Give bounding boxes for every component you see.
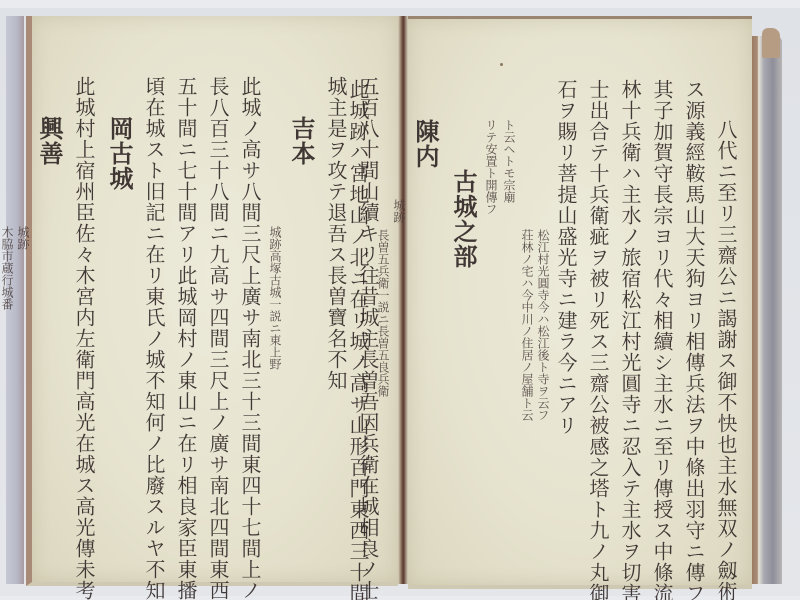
annotation-column: 城跡高塚古城一説ニ東上野 [268,76,282,552]
section-heading: 岡古城 [102,76,136,552]
paper-speck [500,63,503,66]
section-heading: 陳内 [408,79,442,555]
text-column: 士出合テ十兵衛疵ヲ被リ死ス三齋公被感之塔ト九ノ丸御庭橋 [584,79,612,555]
section-heading-old-castles: 古城之部 [446,79,480,555]
text-column: 頃在城スト旧記ニ在リ東氏ノ城不知何ノ比廢スルヤ不知之 [140,76,168,552]
annotation-column: ト云ヘトモ宗廟 [502,79,516,555]
annotation-column: 木脇市蔵行城番 [0,76,14,552]
text-column: 此城跡ハ宮地山ノ北ニ在リ城ノ高サ山形百門東西三十間南北四十間地形ハ [344,79,372,555]
text-column: 其子加賀守長宗ヨリ代々相續シ主水ニ至リ傳授ス中條流ト唱ス庄 [648,79,676,555]
right-cover-edge [752,36,782,584]
annotation-column: リテ安置ト開傳フ [484,79,498,555]
section-heading: 吉本 [284,76,318,552]
open-manuscript-book: 五百八十間山續キリ往昔城主長曽吾因兵衛在城相良ノ士ナリ薩州 城主是ヲ攻テ退吾ス長… [20,14,782,586]
text-column: 石ヲ賜リ菩提山盛光寺ニ建ラ今ニアリ [552,79,580,555]
text-column: 五十間ニ七十間アリ此城岡村ノ東山ニ在リ相良家臣東播部天正十年ノ [172,76,200,552]
annotation-column: 松江村光圓寺今ハ松江後ト寺ヲ云フ [536,79,550,555]
annotation-column: 長曽五兵衛一説ニ長曽五良兵衛 [376,79,390,555]
left-page-columns: 五百八十間山續キリ往昔城主長曽吾因兵衛在城相良ノ士ナリ薩州 城主是ヲ攻テ退吾ス長… [54,76,382,552]
column-pair-jinnai: 陳内 城跡 長曽五兵衛一説ニ長曽五良兵衛 [376,79,442,555]
text-column: 林十兵衛ハ主水ノ旅宿松江村光圓寺ニ忍入テ主水ヲ切害ス趣ニ及ビ家 [616,79,644,555]
text-column: 長八百三十八間ニ九高サ四間三尺上ノ廣サ南北四間東西十間上ノ曲輪 [204,76,232,552]
column-group-notes: 石ヲ賜リ菩提山盛光寺ニ建ラ今ニアリ 松江村光圓寺今ハ松江後ト寺ヲ云フ 荘林ノ宅ハ… [520,79,580,555]
column-pair-kozen: 興善 城跡 木脇市蔵行城番 [0,76,66,552]
jinnai-notes: 城跡 [392,79,406,555]
left-page: 五百八十間山續キリ往昔城主長曽吾因兵衛在城相良ノ士ナリ薩州 城主是ヲ攻テ退吾ス長… [26,16,398,586]
text-column: 此城ノ高サ八間三尺上廣サ南北三十三間東四十七間上ノ曲輪九十間地 [236,76,264,552]
right-page: 八代ニ至リ三齋公ニ謁謝ス御不快也主水無双ノ劔術ノ達人也傳称 ス源義經鞍馬山大天狗… [408,16,752,589]
text-column: ス源義經鞍馬山大天狗ヨリ相傳兵法ヲ中條出羽守ニ傳フ [680,79,708,555]
annotation-column: 荘林ノ宅ハ今中川ノ住居ノ屋舗ト云 [520,79,534,555]
annotation-column: 城跡 [392,199,406,223]
annotation-column: 城跡 [16,76,30,552]
right-page-columns: 八代ニ至リ三齋公ニ謁謝ス御不快也主水無双ノ劔術ノ達人也傳称 ス源義經鞍馬山大天狗… [418,79,740,555]
text-column: 此城村上宿州臣佐々木宮内左衛門高光在城ス高光傳未考 [70,76,98,552]
text-column: 八代ニ至リ三齋公ニ謁謝ス御不快也主水無双ノ劔術ノ達人也傳称 [712,79,740,555]
section-heading: 興善 [32,76,66,552]
column-pair-yoshimoto: 吉本 城跡高塚古城一説ニ東上野 [268,76,318,552]
